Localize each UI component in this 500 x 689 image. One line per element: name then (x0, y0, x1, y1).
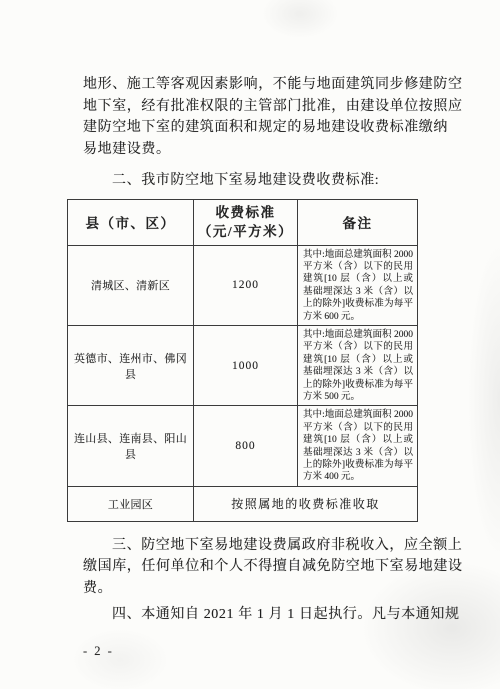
fee-cell: 1000 (194, 325, 298, 405)
section2-heading: 二、我市防空地下室易地建设费收费标准: (83, 170, 465, 192)
document-page: 地形、施工等客观因素影响，不能与地面建筑同步修建防空 地下室，经有批准权限的主管… (0, 0, 500, 689)
fee-standard-table: 县（市、区） 收费标准 （元/平方米） 备注 清城区、清新区 1200 其中:地… (67, 199, 418, 522)
header-fee-line2: （元/平方米） (195, 222, 296, 241)
region-cell: 连山县、连南县、阳山县 (68, 406, 194, 486)
table-header-row: 县（市、区） 收费标准 （元/平方米） 备注 (68, 199, 418, 245)
table-row: 工业园区 按照属地的收费标准收取 (68, 486, 418, 521)
intro-line: 易地建设费。 (83, 139, 465, 161)
page-number: - 2 - (83, 644, 465, 659)
intro-line: 建防空地下室的建筑面积和规定的易地建设收费标准缴纳 (83, 117, 465, 139)
remark-cell: 其中:地面总建筑面积 2000 平方米（含）以下的民用建筑[10 层（含）以上或… (298, 406, 418, 486)
section4-line: 四、本通知自 2021 年 1 月 1 日起执行。凡与本通知规 (83, 604, 465, 626)
table-row: 清城区、清新区 1200 其中:地面总建筑面积 2000 平方米（含）以下的民用… (68, 245, 418, 325)
section3-line: 三、防空地下室易地建设费属政府非税收入，应全额上 (83, 535, 465, 557)
remark-cell: 其中:地面总建筑面积 2000 平方米（含）以下的民用建筑[10 层（含）以上或… (298, 325, 418, 405)
table-row: 英德市、连州市、佛冈县 1000 其中:地面总建筑面积 2000 平方米（含）以… (68, 325, 418, 405)
fee-cell: 800 (194, 406, 298, 486)
header-fee: 收费标准 （元/平方米） (194, 199, 298, 245)
intro-line: 地形、施工等客观因素影响，不能与地面建筑同步修建防空 (83, 74, 465, 96)
region-cell: 清城区、清新区 (68, 245, 194, 325)
header-remark: 备注 (298, 199, 418, 245)
header-region: 县（市、区） (68, 199, 194, 245)
page-content: 地形、施工等客观因素影响，不能与地面建筑同步修建防空 地下室，经有批准权限的主管… (83, 74, 465, 659)
remark-cell: 其中:地面总建筑面积 2000 平方米（含）以下的民用建筑[10 层（含）以上或… (298, 245, 418, 325)
section3-line: 费。 (83, 578, 465, 600)
merged-note-cell: 按照属地的收费标准收取 (194, 486, 418, 521)
section3-line: 缴国库，任何单位和个人不得擅自减免防空地下室易地建设 (83, 556, 465, 578)
intro-line: 地下室，经有批准权限的主管部门批准，由建设单位按照应 (83, 96, 465, 118)
header-fee-line1: 收费标准 (195, 203, 296, 222)
table-row: 连山县、连南县、阳山县 800 其中:地面总建筑面积 2000 平方米（含）以下… (68, 406, 418, 486)
region-cell: 英德市、连州市、佛冈县 (68, 325, 194, 405)
region-cell: 工业园区 (68, 486, 194, 521)
fee-cell: 1200 (194, 245, 298, 325)
